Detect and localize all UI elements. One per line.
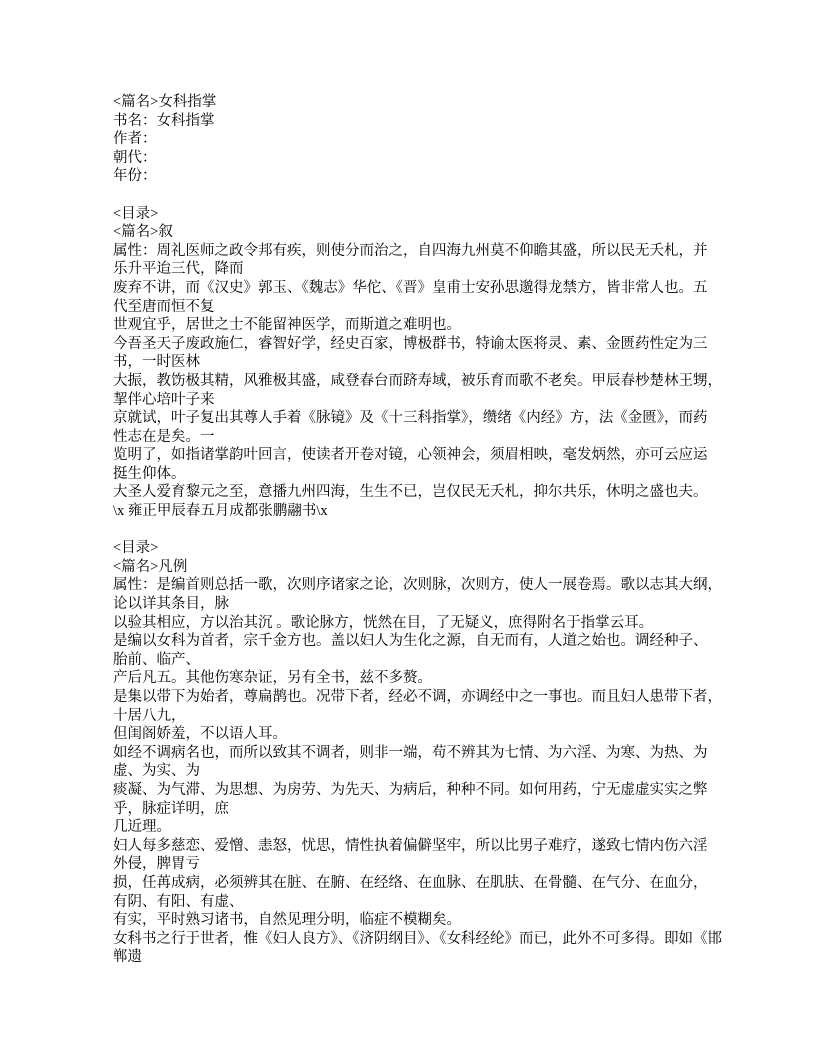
text-line: 痰凝、为气滞、为思想、为房劳、为先天、为病后，种种不同。如何用药，宁无虚虚实实之… xyxy=(113,781,737,800)
text-line: 胎前、临产、 xyxy=(113,651,737,670)
text-line: 年份： xyxy=(113,167,737,186)
text-line: 属性：周礼医师之政令邦有疾，则使分而治之，自四海九州莫不仰瞻其盛，所以民无夭札，… xyxy=(113,242,737,261)
text-line: 论以详其条目，脉 xyxy=(113,595,737,614)
text-line: 作者： xyxy=(113,130,737,149)
text-line: 虚、为实、为 xyxy=(113,762,737,781)
document-lines: <篇名>女科指掌书名：女科指掌作者：朝代：年份：<目录><篇名>叙属性：周礼医师… xyxy=(113,93,737,967)
text-line: 外侵，脾胃亏 xyxy=(113,855,737,874)
text-line: <篇名>叙 xyxy=(113,223,737,242)
text-line: 产后凡五。其他伤寒杂证，另有全书，兹不多赘。 xyxy=(113,669,737,688)
text-line: 废弃不讲，而《汉史》郭玉、《魏志》华佗、《晋》皇甫士安孙思邈得龙禁方，皆非常人也… xyxy=(113,279,737,298)
text-line: <目录> xyxy=(113,539,737,558)
text-line xyxy=(113,186,737,205)
text-line: 十居八九， xyxy=(113,707,737,726)
text-line: 但闺阁娇羞，不以语人耳。 xyxy=(113,725,737,744)
text-line: 世观宜乎，居世之士不能留神医学，而斯道之难明也。 xyxy=(113,316,737,335)
text-line: 大振，教饬极其精，风雅极其盛，咸登春台而跻寿域，被乐育而歌不老矣。甲辰春杪楚林王… xyxy=(113,372,737,391)
text-line: 几近理。 xyxy=(113,818,737,837)
text-line: 以验其相应，方以治其沉 。歌论脉方，恍然在目，了无疑义，庶得附名于指掌云耳。 xyxy=(113,614,737,633)
text-line: <篇名>凡例 xyxy=(113,558,737,577)
text-line: 有实，平时熟习诸书，自然见理分明，临症不模糊矣。 xyxy=(113,911,737,930)
text-line: 女科书之行于世者，惟《妇人良方》、《济阴纲目》、《女科经纶》而已，此外不可多得。… xyxy=(113,930,737,949)
document-page: <篇名>女科指掌书名：女科指掌作者：朝代：年份：<目录><篇名>叙属性：周礼医师… xyxy=(0,0,816,1056)
text-line: 是编以女科为首者，宗千金方也。盖以妇人为生化之源，自无而有，人道之始也。调经种子… xyxy=(113,632,737,651)
text-line: <目录> xyxy=(113,205,737,224)
text-line: 乐升平迨三代，降而 xyxy=(113,260,737,279)
text-line: 有阴、有阳、有虚、 xyxy=(113,893,737,912)
text-line: 览明了，如指诸掌韵叶回言，使读者开卷对镜，心领神会，须眉相映，毫发炳然，亦可云应… xyxy=(113,446,737,465)
text-line: 郸遗 xyxy=(113,948,737,967)
text-line: 是集以带下为始者，尊扁鹊也。况带下者，经必不调，亦调经中之一事也。而且妇人患带下… xyxy=(113,688,737,707)
text-line: 朝代： xyxy=(113,149,737,168)
text-line: 大圣人爱育黎元之至，意播九州四海，生生不已，岂仅民无夭札，抑尔共乐，休明之盛也夫… xyxy=(113,483,737,502)
text-line: 挈伴心培叶子来 xyxy=(113,391,737,410)
text-line xyxy=(113,521,737,540)
text-line: 妇人每多慈恋、爱憎、恚怒，忧思，情性执着偏僻坚牢，所以比男子难疗，遂致七情内伤六… xyxy=(113,837,737,856)
text-line: 京就试，叶子复出其尊人手着《脉镜》及《十三科指掌》，缵绪《内经》方，法《金匮》，… xyxy=(113,409,737,428)
text-line: 如经不调病名也，而所以致其不调者，则非一端，苟不辨其为七情、为六淫、为寒、为热、… xyxy=(113,744,737,763)
text-line: 属性：是编首则总括一歌，次则序诸家之论，次则脉，次则方，使人一展卷焉。歌以志其大… xyxy=(113,576,737,595)
text-line: 书，一时医林 xyxy=(113,353,737,372)
text-line: 书名：女科指掌 xyxy=(113,112,737,131)
text-line: 性志在是矣。一 xyxy=(113,428,737,447)
text-line: 乎，脉症详明，庶 xyxy=(113,800,737,819)
text-line: 今吾圣天子废政施仁，睿智好学，经史百家，博极群书，特谕太医将灵、素、金匮药性定为… xyxy=(113,335,737,354)
text-line: 挺生仰体。 xyxy=(113,465,737,484)
text-line: 损，任苒成病，必须辨其在脏、在腑、在经络、在血脉、在肌肤、在骨髓、在气分、在血分… xyxy=(113,874,737,893)
text-line: \x 雍正甲辰春五月成都张鹏翮书\x xyxy=(113,502,737,521)
text-line: <篇名>女科指掌 xyxy=(113,93,737,112)
text-line: 代至唐而恒不复 xyxy=(113,298,737,317)
